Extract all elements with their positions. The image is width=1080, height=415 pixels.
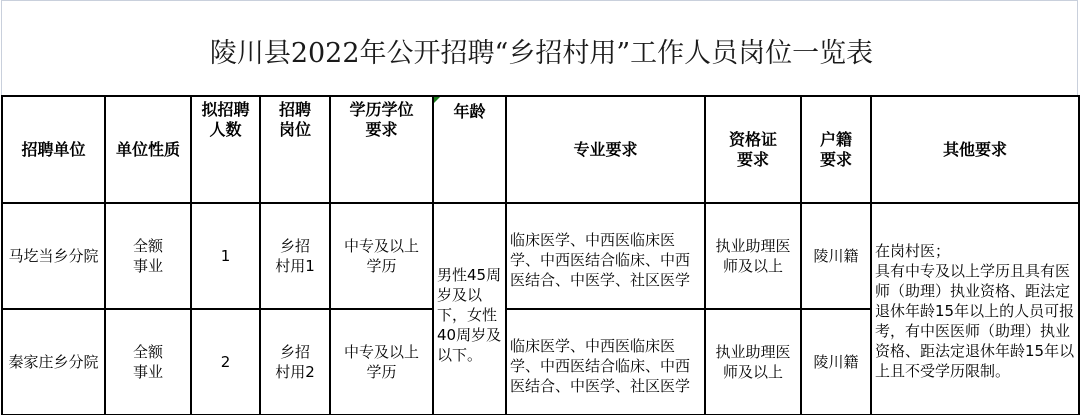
cell-certificate[interactable]: 执业助理医师及以上 xyxy=(705,309,801,415)
cell-other-merged[interactable]: 在岗村医；具有中专及以上学历且具有医师（助理）执业资格、距法定退休年龄15年以上… xyxy=(871,203,1079,415)
cell-age-merged[interactable]: 男性45周岁及以下，女性40周岁及以下。 xyxy=(433,203,506,415)
header-education[interactable]: 学历学位要求 xyxy=(330,96,433,203)
header-count[interactable]: 拟招聘人数 xyxy=(191,96,260,203)
table-row: 马圪当乡分院 全额事业 1 乡招村用1 中专及以上学历 男性45周岁及以下，女性… xyxy=(2,203,1079,309)
header-major[interactable]: 专业要求 xyxy=(506,96,705,203)
comment-marker-icon xyxy=(434,97,440,103)
cell-unit-nature[interactable]: 全额事业 xyxy=(105,309,191,415)
cell-unit[interactable]: 马圪当乡分院 xyxy=(2,203,105,309)
cell-education[interactable]: 中专及以上学历 xyxy=(330,309,433,415)
cell-major[interactable]: 临床医学、中西医临床医学、中西医结合临床、中西医结合、中医学、社区医学 xyxy=(506,203,705,309)
page-title: 陵川县2022年公开招聘“乡招村用”工作人员岗位一览表 xyxy=(206,31,873,70)
cell-position[interactable]: 乡招村用1 xyxy=(260,203,330,309)
header-age[interactable]: 年龄 xyxy=(433,96,506,203)
header-household[interactable]: 户籍要求 xyxy=(801,96,871,203)
cell-unit-nature[interactable]: 全额事业 xyxy=(105,203,191,309)
header-unit[interactable]: 招聘单位 xyxy=(2,96,105,203)
header-position[interactable]: 招聘岗位 xyxy=(260,96,330,203)
cell-count[interactable]: 2 xyxy=(191,309,260,415)
positions-table: 招聘单位 单位性质 拟招聘人数 招聘岗位 学历学位要求 年龄 专业要求 资格证要… xyxy=(1,95,1080,415)
cell-education[interactable]: 中专及以上学历 xyxy=(330,203,433,309)
cell-household[interactable]: 陵川籍 xyxy=(801,309,871,415)
title-cell[interactable]: 陵川县2022年公开招聘“乡招村用”工作人员岗位一览表 xyxy=(1,0,1078,96)
header-unit-nature[interactable]: 单位性质 xyxy=(105,96,191,203)
cell-count[interactable]: 1 xyxy=(191,203,260,309)
cell-household[interactable]: 陵川籍 xyxy=(801,203,871,309)
spreadsheet-view: 陵川县2022年公开招聘“乡招村用”工作人员岗位一览表 招聘单位 单位性质 拟招… xyxy=(0,0,1080,415)
cell-position[interactable]: 乡招村用2 xyxy=(260,309,330,415)
header-row: 招聘单位 单位性质 拟招聘人数 招聘岗位 学历学位要求 年龄 专业要求 资格证要… xyxy=(2,96,1079,203)
header-certificate[interactable]: 资格证要求 xyxy=(705,96,801,203)
cell-unit[interactable]: 秦家庄乡分院 xyxy=(2,309,105,415)
cell-certificate[interactable]: 执业助理医师及以上 xyxy=(705,203,801,309)
header-other[interactable]: 其他要求 xyxy=(871,96,1079,203)
cell-major[interactable]: 临床医学、中西医临床医学、中西医结合临床、中西医结合、中医学、社区医学 xyxy=(506,309,705,415)
